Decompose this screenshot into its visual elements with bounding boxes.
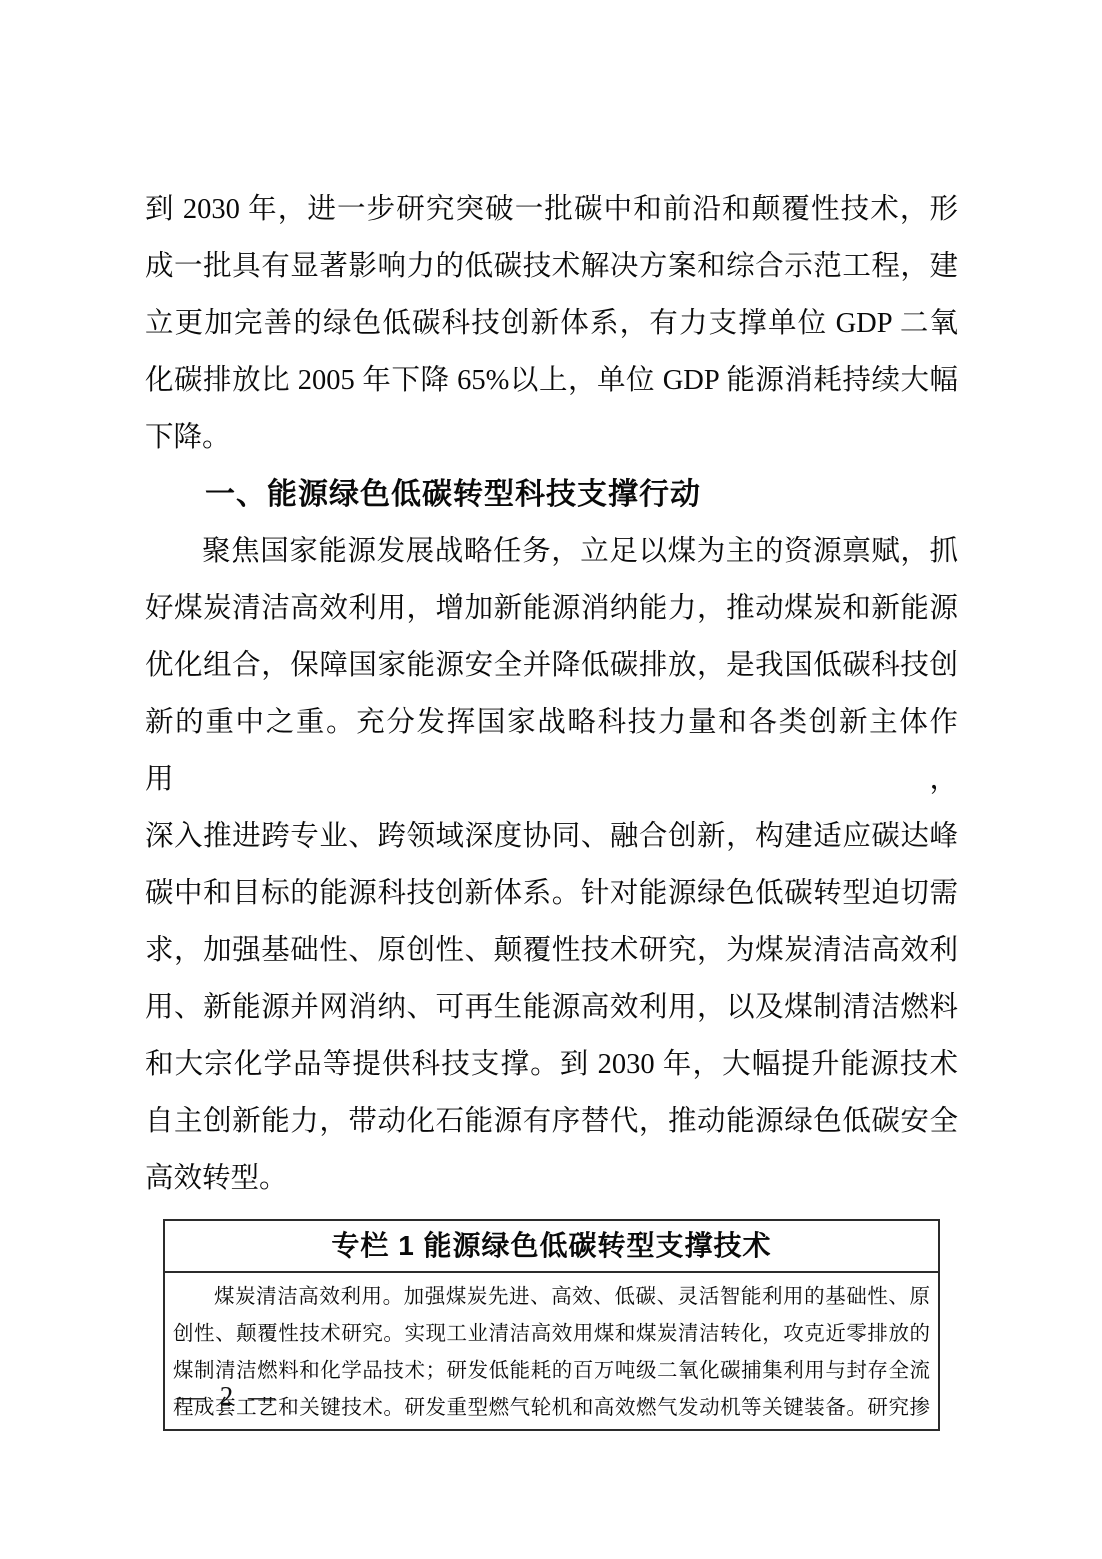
text-line: 化碳排放比 2005 年下降 65%以上，单位 GDP 能源消耗持续大幅 [145,352,958,409]
text-line: 自主创新能力，带动化石能源有序替代，推动能源绿色低碳安全 [145,1093,958,1150]
text-line: 用、新能源并网消纳、可再生能源高效利用，以及煤制清洁燃料 [145,979,958,1036]
text-line: 下降。 [145,409,958,466]
page-number: — 2 — [178,1381,279,1412]
document-page: 到 2030 年，进一步研究突破一批碳中和前沿和颠覆性技术，形成一批具有显著影响… [0,0,1102,1559]
text-line: 成一批具有显著影响力的低碳技术解决方案和综合示范工程，建 [145,238,958,295]
text-line: 到 2030 年，进一步研究突破一批碳中和前沿和颠覆性技术，形 [145,181,958,238]
text-line: 好煤炭清洁高效利用，增加新能源消纳能力，推动煤炭和新能源 [145,580,958,637]
section-heading: 一、能源绿色低碳转型科技支撑行动 [145,466,958,523]
text-line: 和大宗化学品等提供科技支撑。到 2030 年，大幅提升能源技术 [145,1036,958,1093]
callout-box-body: 煤炭清洁高效利用。加强煤炭先进、高效、低碳、灵活智能利用的基础性、原创性、颠覆性… [165,1273,938,1429]
text-line: 优化组合，保障国家能源安全并降低碳排放，是我国低碳科技创 [145,637,958,694]
text-line: 碳中和目标的能源科技创新体系。针对能源绿色低碳转型迫切需 [145,865,958,922]
section-paragraph: 聚焦国家能源发展战略任务，立足以煤为主的资源禀赋，抓好煤炭清洁高效利用，增加新能… [145,523,958,1207]
text-line: 深入推进跨专业、跨领域深度协同、融合创新，构建适应碳达峰 [145,808,958,865]
text-line: 立更加完善的绿色低碳科技创新体系，有力支撑单位 GDP 二氧 [145,295,958,352]
callout-text-line: 煤炭清洁高效利用。加强煤炭先进、高效、低碳、灵活智能利用的基础性、原 [173,1279,930,1316]
text-line: 高效转型。 [145,1150,958,1207]
callout-text-line: 创性、颠覆性技术研究。实现工业清洁高效用煤和煤炭清洁转化，攻克近零排放的 [173,1316,930,1353]
callout-text-line: 煤制清洁燃料和化学品技术；研发低能耗的百万吨级二氧化碳捕集利用与封存全流 [173,1353,930,1390]
callout-box: 专栏 1 能源绿色低碳转型支撑技术 煤炭清洁高效利用。加强煤炭先进、高效、低碳、… [163,1219,940,1431]
page-content: 到 2030 年，进一步研究突破一批碳中和前沿和颠覆性技术，形成一批具有显著影响… [145,181,958,1431]
text-line: 聚焦国家能源发展战略任务，立足以煤为主的资源禀赋，抓 [145,523,958,580]
text-line: 求，加强基础性、原创性、颠覆性技术研究，为煤炭清洁高效利 [145,922,958,979]
callout-box-title: 专栏 1 能源绿色低碳转型支撑技术 [165,1221,938,1273]
callout-text-line: 程成套工艺和关键技术。研发重型燃气轮机和高效燃气发动机等关键装备。研究掺 [173,1390,930,1427]
text-line: 新的重中之重。充分发挥国家战略科技力量和各类创新主体作用， [145,694,958,808]
intro-paragraph: 到 2030 年，进一步研究突破一批碳中和前沿和颠覆性技术，形成一批具有显著影响… [145,181,958,466]
